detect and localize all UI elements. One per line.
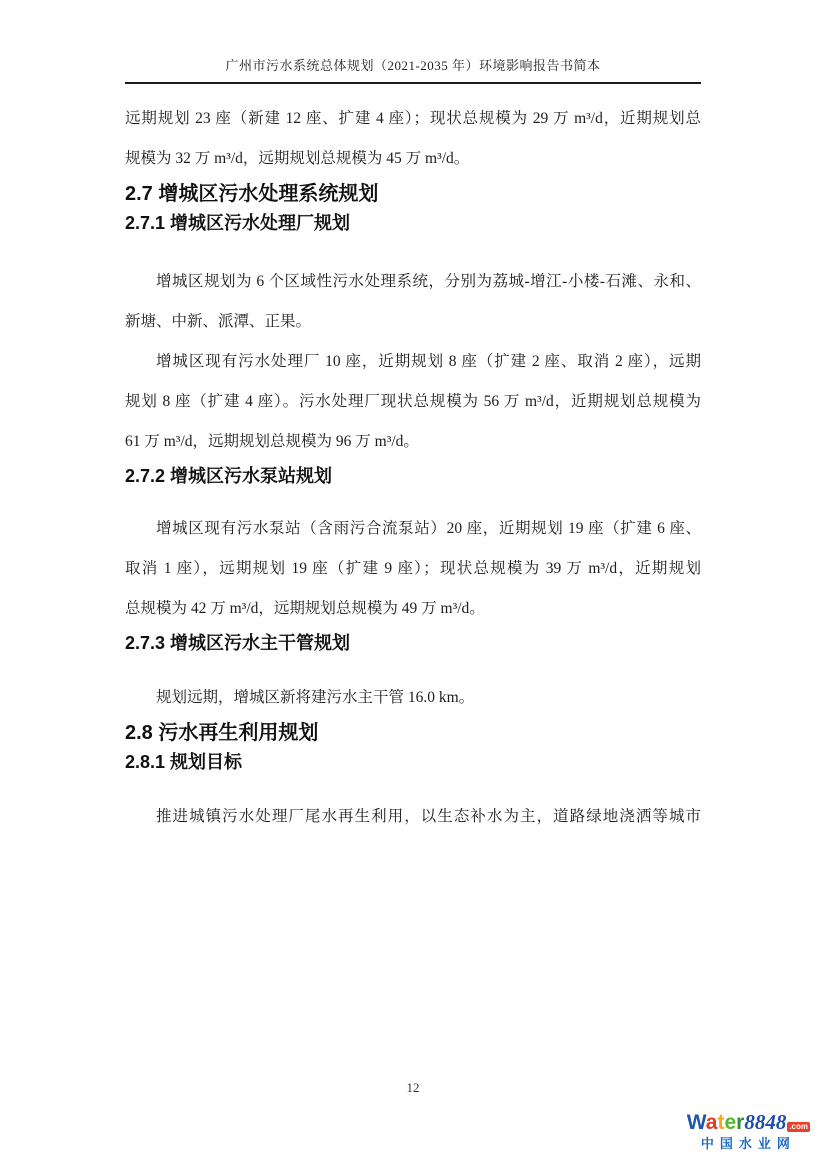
- section-heading-2-7-1: 2.7.1 增城区污水处理厂规划: [125, 209, 701, 237]
- water8848-logo: Water8848.com 中国水业网: [687, 1112, 810, 1150]
- logo-wordmark: Water8848.com: [687, 1112, 810, 1133]
- logo-tld-badge: .com: [787, 1122, 810, 1132]
- section-heading-2-8: 2.8 污水再生利用规划: [125, 718, 701, 748]
- paragraph: 增城区规划为 6 个区域性污水处理系统，分别为荔城-增江-小楼-石滩、永和、 新…: [125, 262, 701, 342]
- section-heading-2-8-1: 2.8.1 规划目标: [125, 748, 701, 776]
- logo-chinese-name: 中国水业网: [687, 1137, 810, 1150]
- text-line: 规模为 32 万 m³/d，远期规划总规模为 45 万 m³/d。: [125, 139, 701, 179]
- logo-letter: a: [706, 1111, 718, 1134]
- page-header-title: 广州市污水系统总体规划（2021-2035 年）环境影响报告书简本: [125, 55, 701, 84]
- document-content: 广州市污水系统总体规划（2021-2035 年）环境影响报告书简本 远期规划 2…: [125, 55, 701, 837]
- text-line: 增城区现有污水处理厂 10 座，近期规划 8 座（扩建 2 座、取消 2 座），…: [125, 342, 701, 382]
- paragraph: 推进城镇污水处理厂尾水再生利用，以生态补水为主，道路绿地浇洒等城市: [125, 797, 701, 837]
- logo-letter: e: [724, 1111, 736, 1134]
- section-heading-2-7-2: 2.7.2 增城区污水泵站规划: [125, 462, 701, 490]
- section-heading-2-7: 2.7 增城区污水处理系统规划: [125, 179, 701, 209]
- page-number: 12: [0, 1080, 826, 1096]
- logo-letter: W: [687, 1111, 706, 1134]
- paragraph: 远期规划 23 座（新建 12 座、扩建 4 座）；现状总规模为 29 万 m³…: [125, 99, 701, 179]
- logo-number: 8848: [744, 1110, 786, 1134]
- text-line: 增城区规划为 6 个区域性污水处理系统，分别为荔城-增江-小楼-石滩、永和、: [125, 262, 701, 302]
- paragraph: 增城区现有污水处理厂 10 座，近期规划 8 座（扩建 2 座、取消 2 座），…: [125, 342, 701, 462]
- text-line: 推进城镇污水处理厂尾水再生利用，以生态补水为主，道路绿地浇洒等城市: [125, 797, 701, 837]
- paragraph: 增城区现有污水泵站（含雨污合流泵站）20 座，近期规划 19 座（扩建 6 座、…: [125, 509, 701, 629]
- paragraph: 规划远期，增城区新将建污水主干管 16.0 km。: [125, 678, 701, 718]
- section-heading-2-7-3: 2.7.3 增城区污水主干管规划: [125, 629, 701, 657]
- text-line: 规划 8 座（扩建 4 座）。污水处理厂现状总规模为 56 万 m³/d，近期规…: [125, 382, 701, 422]
- text-line: 取消 1 座），远期规划 19 座（扩建 9 座）；现状总规模为 39 万 m³…: [125, 549, 701, 589]
- text-line: 总规模为 42 万 m³/d，远期规划总规模为 49 万 m³/d。: [125, 589, 701, 629]
- text-line: 增城区现有污水泵站（含雨污合流泵站）20 座，近期规划 19 座（扩建 6 座、: [125, 509, 701, 549]
- text-line: 61 万 m³/d，远期规划总规模为 96 万 m³/d。: [125, 422, 701, 462]
- document-page: 广州市污水系统总体规划（2021-2035 年）环境影响报告书简本 远期规划 2…: [0, 0, 826, 1169]
- text-line: 规划远期，增城区新将建污水主干管 16.0 km。: [125, 678, 701, 718]
- text-line: 新塘、中新、派潭、正果。: [125, 302, 701, 342]
- text-line: 远期规划 23 座（新建 12 座、扩建 4 座）；现状总规模为 29 万 m³…: [125, 99, 701, 139]
